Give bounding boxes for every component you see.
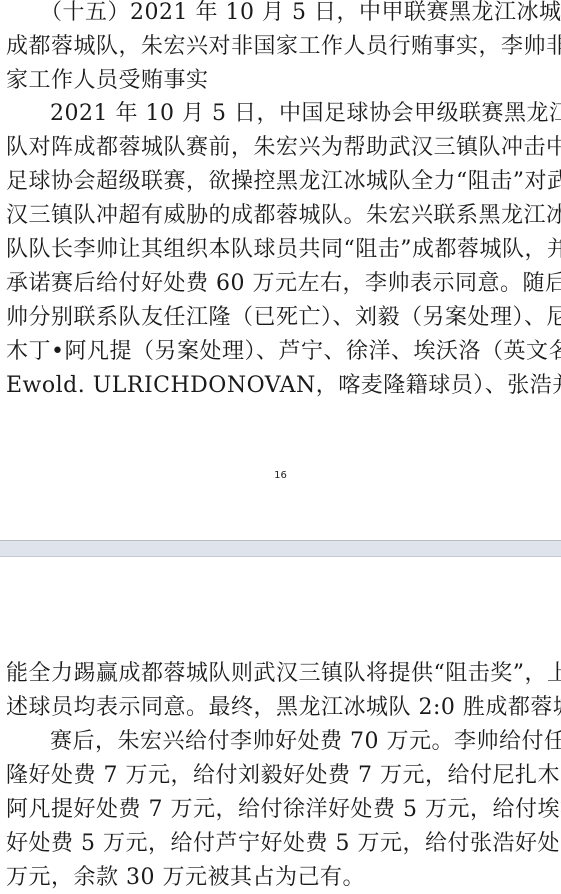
paragraph-line: Ewold. ULRICHDONOVAN，喀麦隆籍球员）、张浩并告知队友如 [6,369,558,403]
paragraph-line: 队队长李帅让其组织本队球员共同“阻击”成都蓉城队，并 [6,233,558,267]
paragraph-line: 赛后，朱宏兴给付李帅好处费 70 万元。李帅给付任江 [50,725,561,759]
paragraph-line: 能全力踢赢成都蓉城队则武汉三镇队将提供“阻击奖”，上 [6,657,558,691]
paragraph-line: 队对阵成都蓉城队赛前，朱宏兴为帮助武汉三镇队冲击中国 [6,131,558,165]
page-number: 16 [0,470,561,481]
paragraph-line: 述球员均表示同意。最终，黑龙江冰城队 2:0 胜成都蓉城队。 [6,691,558,725]
paragraph-line: 木丁•阿凡提（另案处理）、芦宁、徐洋、埃沃洛（英文名： [6,335,558,369]
paragraph-line: 汉三镇队冲超有威胁的成都蓉城队。朱宏兴联系黑龙江冰城 [6,199,558,233]
paragraph-line: 万元，余款 30 万元被其占为己有。 [6,861,558,894]
paragraph-line: 隆好处费 7 万元，给付刘毅好处费 7 万元，给付尼扎木丁• [6,759,558,793]
paragraph-line: 阿凡提好处费 7 万元，给付徐洋好处费 5 万元，给付埃沃洛 [6,793,558,827]
document-page-16: （十五）2021 年 10 月 5 日，中甲联赛黑龙江冰城队对阵 成都蓉城队，朱… [0,0,561,540]
paragraph-line: 帅分别联系队友任江隆（已死亡）、刘毅（另案处理）、尼扎 [6,301,558,335]
page-separator [0,540,561,557]
document-page-17: 能全力踢赢成都蓉城队则武汉三镇队将提供“阻击奖”，上 述球员均表示同意。最终，黑… [0,557,561,894]
paragraph-line: 足球协会超级联赛，欲操控黑龙江冰城队全力“阻击”对武 [6,165,558,199]
section-heading-line-2: 成都蓉城队，朱宏兴对非国家工作人员行贿事实，李帅非国 [6,30,558,64]
section-heading-line-1: （十五）2021 年 10 月 5 日，中甲联赛黑龙江冰城队对阵 [40,0,561,30]
paragraph-line: 承诺赛后给付好处费 60 万元左右，李帅表示同意。随后李 [6,267,558,301]
paragraph-line: 好处费 5 万元，给付芦宁好处费 5 万元，给付张浩好处费 4 [6,827,558,861]
section-heading-line-3: 家工作人员受贿事实 [6,64,558,98]
paragraph-line: 2021 年 10 月 5 日，中国足球协会甲级联赛黑龙江冰城 [50,97,561,131]
